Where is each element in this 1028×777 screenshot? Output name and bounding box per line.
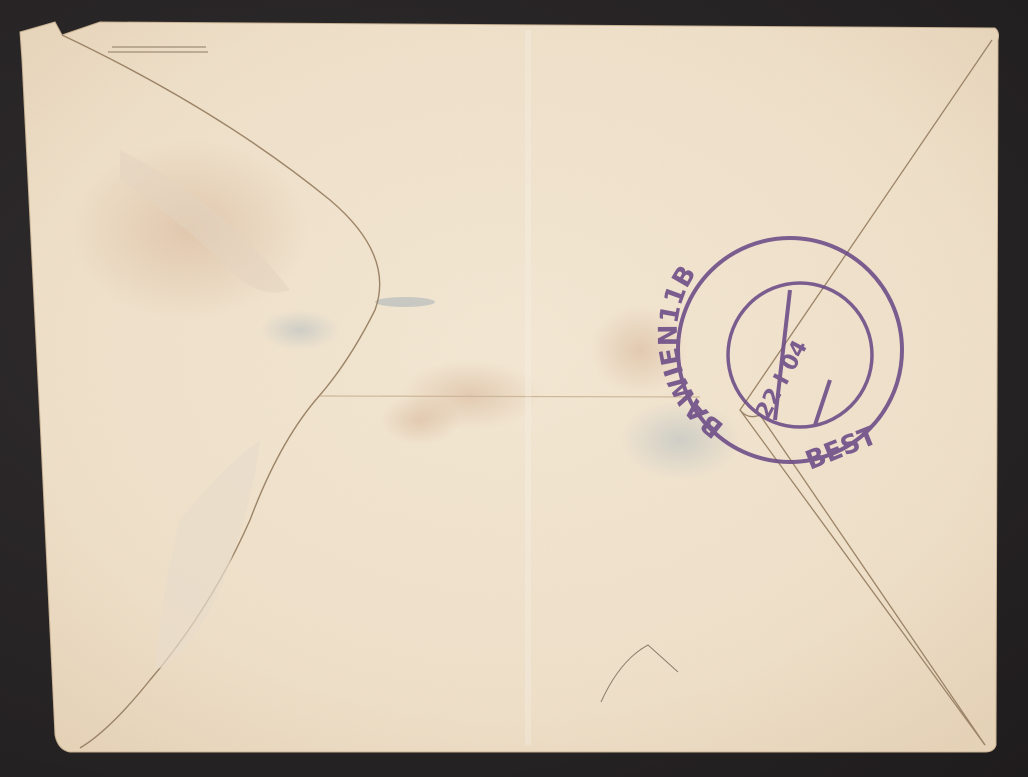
envelope-illustration: BAWIEN11B 22 I 04 BEST [0, 0, 1028, 777]
dark-mat-background: BAWIEN11B 22 I 04 BEST [0, 0, 1028, 777]
